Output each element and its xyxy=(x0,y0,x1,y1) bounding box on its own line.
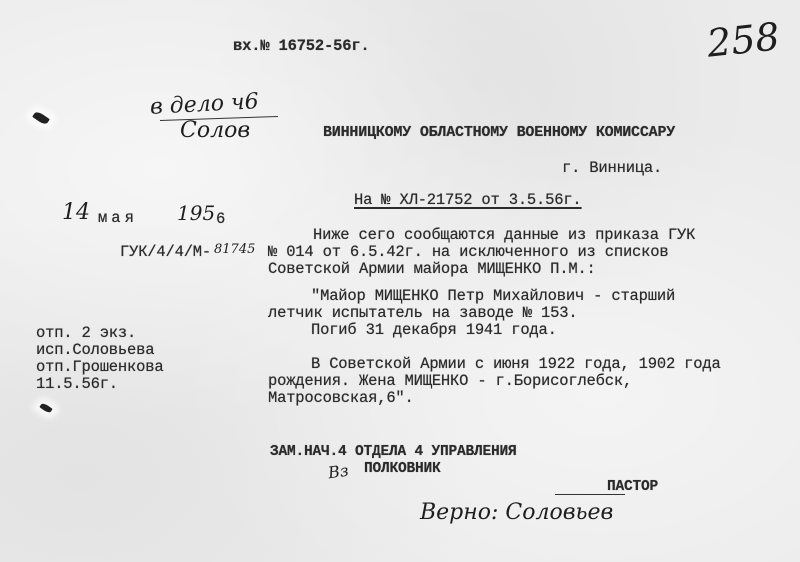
body-line-2: № 014 от 6.5.42г. на исключенного из спи… xyxy=(268,244,668,261)
ink-blot xyxy=(32,110,50,126)
handwritten-note-line1: в дело ч6 xyxy=(149,89,259,120)
distribution-line-1: отп. 2 экз. xyxy=(36,325,136,342)
date-year-handwritten: 195 xyxy=(177,201,215,225)
quote-line-2: летчик испытатель на заводе № 153. xyxy=(268,305,577,322)
body-line-3: Советской Армии майора МИЩЕНКО П.М.: xyxy=(268,261,596,278)
reference-line: На № ХЛ-21752 от 3.5.56г. xyxy=(354,192,582,209)
incoming-number: вх.№ 16752-56г. xyxy=(233,38,370,55)
recipient-city: г. Винница. xyxy=(562,160,662,177)
handwritten-note-line2: Солов xyxy=(180,118,250,143)
date-day-handwritten: 14 xyxy=(62,200,90,225)
distribution-line-2: исп.Соловьева xyxy=(36,342,154,359)
para-line-1: В Советской Армии с июня 1922 года, 1902… xyxy=(311,356,721,373)
signature-name: ПАСТОР xyxy=(607,479,658,496)
quote-line-3: Погиб 31 декабря 1941 года. xyxy=(311,322,557,339)
archival-document: вх.№ 16752-56г. 258 в дело ч6 Солов ВИНН… xyxy=(0,0,800,562)
distribution-line-4: 11.5.56г. xyxy=(36,376,118,393)
handwritten-page-number: 258 xyxy=(705,14,782,65)
signature-position: ЗАМ.НАЧ.4 ОТДЕЛА 4 УПРАВЛЕНИЯ xyxy=(270,444,517,461)
recipient: ВИННИЦКОМУ ОБЛАСТНОМУ ВОЕННОМУ КОМИССАРУ xyxy=(323,124,675,141)
handwritten-initials: Вз xyxy=(327,461,350,483)
ink-blot xyxy=(39,402,52,414)
distribution-line-3: отп.Грошенкова xyxy=(36,359,163,376)
date-year-suffix: 6 xyxy=(216,211,225,228)
handwritten-verified: Верно: Соловьев xyxy=(420,500,613,525)
para-line-3: Матросовская,6". xyxy=(268,390,414,407)
body-line-1: Ниже сего сообщаются данные из приказа Г… xyxy=(313,227,695,244)
para-line-2: рождения. Жена МИЩЕНКО - г.Борисоглебск, xyxy=(268,373,632,390)
outgoing-ref-number-handwritten: 81745 xyxy=(214,242,255,257)
signature-rank: ПОЛКОВНИК xyxy=(364,461,441,478)
quote-line-1: "Майор МИЩЕНКО Петр Михайлович - старший xyxy=(311,288,675,305)
outgoing-ref: ГУК/4/4/М- xyxy=(120,244,211,261)
date-month: мая xyxy=(98,210,138,227)
